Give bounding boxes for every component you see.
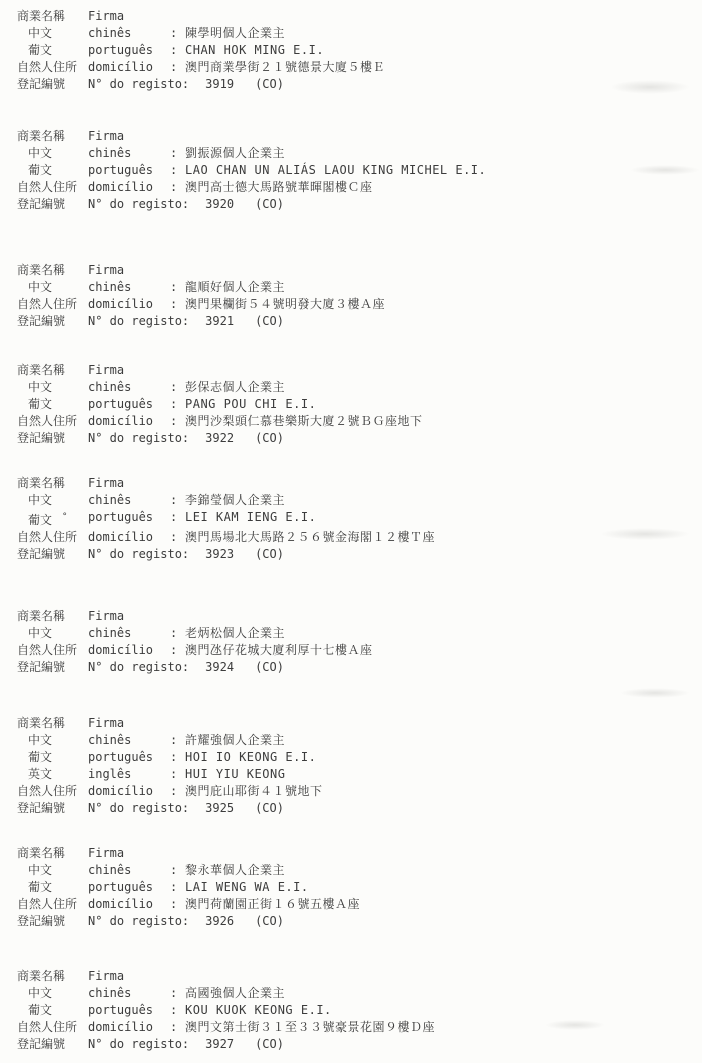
chinese-name-row: 中文chinês:老炳松個人企業主	[17, 625, 692, 642]
domicile-address: 澳門庇山耶街４１號地下	[185, 783, 692, 800]
registry-row: 登記編號N° do registo:3921(CO)	[17, 313, 692, 330]
registry-label-pt: N° do registo:	[88, 196, 189, 213]
domicile-label-zh: 自然人住所	[17, 783, 88, 800]
entry-header: 商業名稱Firma	[17, 128, 692, 145]
business-entry: 商業名稱Firma中文chinês:老炳松個人企業主自然人住所domicílio…	[17, 608, 692, 676]
portuguese-name-row: 葡文português:LAO CHAN UN ALIÁS LAOU KING …	[17, 162, 692, 179]
portuguese-name: HOI IO KEONG E.I.	[185, 749, 692, 766]
firm-label-zh: 商業名稱	[17, 608, 88, 625]
firm-label-pt: Firma	[88, 362, 170, 379]
colon: :	[170, 25, 185, 42]
colon: :	[170, 896, 185, 913]
portuguese-name: CHAN HOK MING E.I.	[185, 42, 692, 59]
firm-label-zh: 商業名稱	[17, 475, 88, 492]
chinese-name-row: 中文chinês:彭保志個人企業主	[17, 379, 692, 396]
portuguese-name: LEI KAM IENG E.I.	[185, 509, 692, 529]
colon: :	[170, 413, 185, 430]
colon: :	[170, 396, 185, 413]
chinese-name: 老炳松個人企業主	[185, 625, 692, 642]
chinese-name: 劉振源個人企業主	[185, 145, 692, 162]
firm-label-pt: Firma	[88, 128, 170, 145]
scan-mark: °	[62, 512, 67, 522]
chinese-label-zh: 中文	[17, 862, 88, 879]
domicile-row: 自然人住所domicílio:澳門氹仔花城大廈利厚十七樓Ａ座	[17, 642, 692, 659]
domicile-row: 自然人住所domicílio:澳門果欄街５４號明發大廈３樓Ａ座	[17, 296, 692, 313]
business-entry: 商業名稱Firma中文chinês:彭保志個人企業主葡文português:PA…	[17, 362, 692, 447]
registry-number: 3925	[205, 800, 234, 817]
portuguese-label-pt: português	[88, 749, 170, 766]
portuguese-name-row: 葡文português:CHAN HOK MING E.I.	[17, 42, 692, 59]
chinese-name: 黎永華個人企業主	[185, 862, 692, 879]
portuguese-name-row: 葡文português:KOU KUOK KEONG E.I.	[17, 1002, 692, 1019]
domicile-label-pt: domicílio	[88, 783, 170, 800]
chinese-name: 高國強個人企業主	[185, 985, 692, 1002]
entry-header: 商業名稱Firma	[17, 362, 692, 379]
domicile-address: 澳門馬場北大馬路２５６號金海閣１２樓Ｔ座	[185, 529, 692, 546]
firm-label-zh: 商業名稱	[17, 715, 88, 732]
chinese-label-pt: chinês	[88, 985, 170, 1002]
colon: :	[170, 1019, 185, 1036]
colon: :	[170, 642, 185, 659]
entry-header: 商業名稱Firma	[17, 608, 692, 625]
registry-suffix: (CO)	[255, 430, 284, 447]
portuguese-name-row: 葡文°português:LEI KAM IENG E.I.	[17, 509, 692, 529]
firm-label-zh: 商業名稱	[17, 128, 88, 145]
registry-label-pt: N° do registo:	[88, 546, 189, 563]
portuguese-name: KOU KUOK KEONG E.I.	[185, 1002, 692, 1019]
chinese-name: 許耀強個人企業主	[185, 732, 692, 749]
domicile-label-zh: 自然人住所	[17, 59, 88, 76]
portuguese-name: LAI WENG WA E.I.	[185, 879, 692, 896]
registry-label-zh: 登記編號	[17, 546, 88, 563]
chinese-label-pt: chinês	[88, 25, 170, 42]
chinese-label-zh: 中文	[17, 379, 88, 396]
registry-page: 商業名稱Firma中文chinês:陳學明個人企業主葡文português:CH…	[17, 8, 692, 1053]
registry-label-pt: N° do registo:	[88, 1036, 189, 1053]
registry-number: 3920	[205, 196, 234, 213]
business-entry: 商業名稱Firma中文chinês:李錦瑩個人企業主葡文°português:L…	[17, 475, 692, 563]
entry-header: 商業名稱Firma	[17, 262, 692, 279]
chinese-label-zh: 中文	[17, 25, 88, 42]
registry-number: 3922	[205, 430, 234, 447]
firm-label-pt: Firma	[88, 845, 170, 862]
colon: :	[170, 985, 185, 1002]
portuguese-name: LAO CHAN UN ALIÁS LAOU KING MICHEL E.I.	[185, 162, 692, 179]
firm-label-zh: 商業名稱	[17, 362, 88, 379]
colon: :	[170, 625, 185, 642]
business-entry: 商業名稱Firma中文chinês:龍順好個人企業主自然人住所domicílio…	[17, 262, 692, 330]
registry-suffix: (CO)	[255, 659, 284, 676]
registry-label-zh: 登記編號	[17, 313, 88, 330]
portuguese-label-zh: 葡文	[17, 1002, 88, 1019]
chinese-label-pt: chinês	[88, 145, 170, 162]
portuguese-name-row: 葡文português:PANG POU CHI E.I.	[17, 396, 692, 413]
domicile-label-pt: domicílio	[88, 529, 170, 546]
domicile-address: 澳門商業學街２１號德景大廈５樓Ｅ	[185, 59, 692, 76]
domicile-label-zh: 自然人住所	[17, 179, 88, 196]
colon: :	[170, 766, 185, 783]
portuguese-label-pt: português	[88, 396, 170, 413]
registry-suffix: (CO)	[255, 76, 284, 93]
domicile-label-pt: domicílio	[88, 59, 170, 76]
entry-header: 商業名稱Firma	[17, 845, 692, 862]
domicile-row: 自然人住所domicílio:澳門沙梨頭仁慕巷樂斯大廈２號ＢＧ座地下	[17, 413, 692, 430]
colon: :	[170, 783, 185, 800]
colon: :	[170, 529, 185, 546]
registry-suffix: (CO)	[255, 313, 284, 330]
registry-row: 登記編號N° do registo:3920(CO)	[17, 196, 692, 213]
registry-row: 登記編號N° do registo:3926(CO)	[17, 913, 692, 930]
firm-label-pt: Firma	[88, 715, 170, 732]
firm-label-pt: Firma	[88, 262, 170, 279]
chinese-label-pt: chinês	[88, 625, 170, 642]
business-entry: 商業名稱Firma中文chinês:高國強個人企業主葡文português:KO…	[17, 968, 692, 1053]
firm-label-zh: 商業名稱	[17, 8, 88, 25]
registry-label-pt: N° do registo:	[88, 659, 189, 676]
business-entry: 商業名稱Firma中文chinês:黎永華個人企業主葡文português:LA…	[17, 845, 692, 930]
colon: :	[170, 509, 185, 529]
registry-row: 登記編號N° do registo:3923(CO)	[17, 546, 692, 563]
domicile-label-pt: domicílio	[88, 896, 170, 913]
colon: :	[170, 162, 185, 179]
domicile-address: 澳門高士德大馬路號華暉閣樓Ｃ座	[185, 179, 692, 196]
firm-label-zh: 商業名稱	[17, 845, 88, 862]
chinese-name: 龍順好個人企業主	[185, 279, 692, 296]
colon: :	[170, 379, 185, 396]
registry-label-pt: N° do registo:	[88, 76, 189, 93]
registry-label-zh: 登記編號	[17, 196, 88, 213]
colon: :	[170, 1002, 185, 1019]
portuguese-label-pt: português	[88, 509, 170, 529]
colon: :	[170, 862, 185, 879]
domicile-address: 澳門氹仔花城大廈利厚十七樓Ａ座	[185, 642, 692, 659]
registry-label-pt: N° do registo:	[88, 430, 189, 447]
portuguese-label-zh: 葡文	[17, 396, 88, 413]
portuguese-label-zh: 葡文	[17, 42, 88, 59]
entry-header: 商業名稱Firma	[17, 715, 692, 732]
registry-number: 3921	[205, 313, 234, 330]
colon: :	[170, 279, 185, 296]
domicile-address: 澳門果欄街５４號明發大廈３樓Ａ座	[185, 296, 692, 313]
registry-number: 3927	[205, 1036, 234, 1053]
firm-label-zh: 商業名稱	[17, 968, 88, 985]
registry-suffix: (CO)	[255, 546, 284, 563]
colon: :	[170, 145, 185, 162]
registry-label-pt: N° do registo:	[88, 913, 189, 930]
colon: :	[170, 492, 185, 509]
registry-suffix: (CO)	[255, 1036, 284, 1053]
domicile-label-pt: domicílio	[88, 642, 170, 659]
domicile-row: 自然人住所domicílio:澳門商業學街２１號德景大廈５樓Ｅ	[17, 59, 692, 76]
business-entry: 商業名稱Firma中文chinês:許耀強個人企業主葡文português:HO…	[17, 715, 692, 817]
domicile-row: 自然人住所domicílio:澳門文第士街３１至３３號豪景花園９樓Ｄ座	[17, 1019, 692, 1036]
firm-label-pt: Firma	[88, 968, 170, 985]
registry-label-pt: N° do registo:	[88, 800, 189, 817]
registry-label-zh: 登記編號	[17, 430, 88, 447]
registry-row: 登記編號N° do registo:3922(CO)	[17, 430, 692, 447]
domicile-label-pt: domicílio	[88, 413, 170, 430]
domicile-row: 自然人住所domicílio:澳門高士德大馬路號華暉閣樓Ｃ座	[17, 179, 692, 196]
chinese-label-pt: chinês	[88, 492, 170, 509]
domicile-label-zh: 自然人住所	[17, 529, 88, 546]
registry-suffix: (CO)	[255, 196, 284, 213]
chinese-label-pt: chinês	[88, 279, 170, 296]
chinese-name-row: 中文chinês:許耀強個人企業主	[17, 732, 692, 749]
chinese-name-row: 中文chinês:黎永華個人企業主	[17, 862, 692, 879]
entry-header: 商業名稱Firma	[17, 8, 692, 25]
registry-label-zh: 登記編號	[17, 1036, 88, 1053]
registry-suffix: (CO)	[255, 800, 284, 817]
chinese-label-zh: 中文	[17, 279, 88, 296]
english-label-pt: inglês	[88, 766, 170, 783]
chinese-name-row: 中文chinês:龍順好個人企業主	[17, 279, 692, 296]
chinese-name: 陳學明個人企業主	[185, 25, 692, 42]
chinese-label-zh: 中文	[17, 145, 88, 162]
registry-number: 3926	[205, 913, 234, 930]
english-name: HUI YIU KEONG	[185, 766, 692, 783]
registry-label-zh: 登記編號	[17, 76, 88, 93]
entry-header: 商業名稱Firma	[17, 968, 692, 985]
registry-number: 3923	[205, 546, 234, 563]
portuguese-label-pt: português	[88, 1002, 170, 1019]
colon: :	[170, 732, 185, 749]
domicile-address: 澳門荷蘭園正街１６號五樓Ａ座	[185, 896, 692, 913]
domicile-label-zh: 自然人住所	[17, 413, 88, 430]
firm-label-pt: Firma	[88, 475, 170, 492]
portuguese-label-zh: 葡文	[17, 879, 88, 896]
registry-label-zh: 登記編號	[17, 800, 88, 817]
registry-number: 3924	[205, 659, 234, 676]
domicile-label-zh: 自然人住所	[17, 296, 88, 313]
domicile-row: 自然人住所domicílio:澳門荷蘭園正街１６號五樓Ａ座	[17, 896, 692, 913]
domicile-label-pt: domicílio	[88, 179, 170, 196]
chinese-label-zh: 中文	[17, 492, 88, 509]
colon: :	[170, 879, 185, 896]
registry-label-pt: N° do registo:	[88, 313, 189, 330]
portuguese-label-zh: 葡文	[17, 749, 88, 766]
colon: :	[170, 59, 185, 76]
chinese-label-zh: 中文	[17, 732, 88, 749]
portuguese-label-zh-text: 葡文	[28, 513, 52, 527]
domicile-address: 澳門沙梨頭仁慕巷樂斯大廈２號ＢＧ座地下	[185, 413, 692, 430]
registry-number: 3919	[205, 76, 234, 93]
chinese-label-pt: chinês	[88, 732, 170, 749]
chinese-name-row: 中文chinês:李錦瑩個人企業主	[17, 492, 692, 509]
colon: :	[170, 749, 185, 766]
chinese-name-row: 中文chinês:陳學明個人企業主	[17, 25, 692, 42]
business-entry: 商業名稱Firma中文chinês:陳學明個人企業主葡文português:CH…	[17, 8, 692, 93]
english-name-row: 英文inglês:HUI YIU KEONG	[17, 766, 692, 783]
domicile-row: 自然人住所domicílio:澳門馬場北大馬路２５６號金海閣１２樓Ｔ座	[17, 529, 692, 546]
english-label-zh: 英文	[17, 766, 88, 783]
chinese-label-pt: chinês	[88, 379, 170, 396]
domicile-label-zh: 自然人住所	[17, 1019, 88, 1036]
firm-label-pt: Firma	[88, 8, 170, 25]
chinese-name: 彭保志個人企業主	[185, 379, 692, 396]
portuguese-label-pt: português	[88, 879, 170, 896]
chinese-name-row: 中文chinês:高國強個人企業主	[17, 985, 692, 1002]
chinese-label-zh: 中文	[17, 985, 88, 1002]
registry-suffix: (CO)	[255, 913, 284, 930]
registry-label-zh: 登記編號	[17, 659, 88, 676]
portuguese-name-row: 葡文português:LAI WENG WA E.I.	[17, 879, 692, 896]
registry-row: 登記編號N° do registo:3927(CO)	[17, 1036, 692, 1053]
chinese-label-pt: chinês	[88, 862, 170, 879]
entry-header: 商業名稱Firma	[17, 475, 692, 492]
registry-row: 登記編號N° do registo:3919(CO)	[17, 76, 692, 93]
domicile-label-pt: domicílio	[88, 296, 170, 313]
chinese-name-row: 中文chinês:劉振源個人企業主	[17, 145, 692, 162]
colon: :	[170, 42, 185, 59]
chinese-label-zh: 中文	[17, 625, 88, 642]
domicile-label-zh: 自然人住所	[17, 896, 88, 913]
business-entry: 商業名稱Firma中文chinês:劉振源個人企業主葡文português:LA…	[17, 128, 692, 213]
portuguese-name-row: 葡文português:HOI IO KEONG E.I.	[17, 749, 692, 766]
chinese-name: 李錦瑩個人企業主	[185, 492, 692, 509]
portuguese-label-pt: português	[88, 42, 170, 59]
colon: :	[170, 296, 185, 313]
portuguese-label-zh: 葡文	[17, 162, 88, 179]
portuguese-label-pt: português	[88, 162, 170, 179]
domicile-label-zh: 自然人住所	[17, 642, 88, 659]
registry-row: 登記編號N° do registo:3925(CO)	[17, 800, 692, 817]
registry-label-zh: 登記編號	[17, 913, 88, 930]
registry-row: 登記編號N° do registo:3924(CO)	[17, 659, 692, 676]
portuguese-name: PANG POU CHI E.I.	[185, 396, 692, 413]
domicile-row: 自然人住所domicílio:澳門庇山耶街４１號地下	[17, 783, 692, 800]
portuguese-label-zh: 葡文°	[17, 509, 88, 529]
colon: :	[170, 179, 185, 196]
domicile-address: 澳門文第士街３１至３３號豪景花園９樓Ｄ座	[185, 1019, 692, 1036]
domicile-label-pt: domicílio	[88, 1019, 170, 1036]
firm-label-zh: 商業名稱	[17, 262, 88, 279]
firm-label-pt: Firma	[88, 608, 170, 625]
